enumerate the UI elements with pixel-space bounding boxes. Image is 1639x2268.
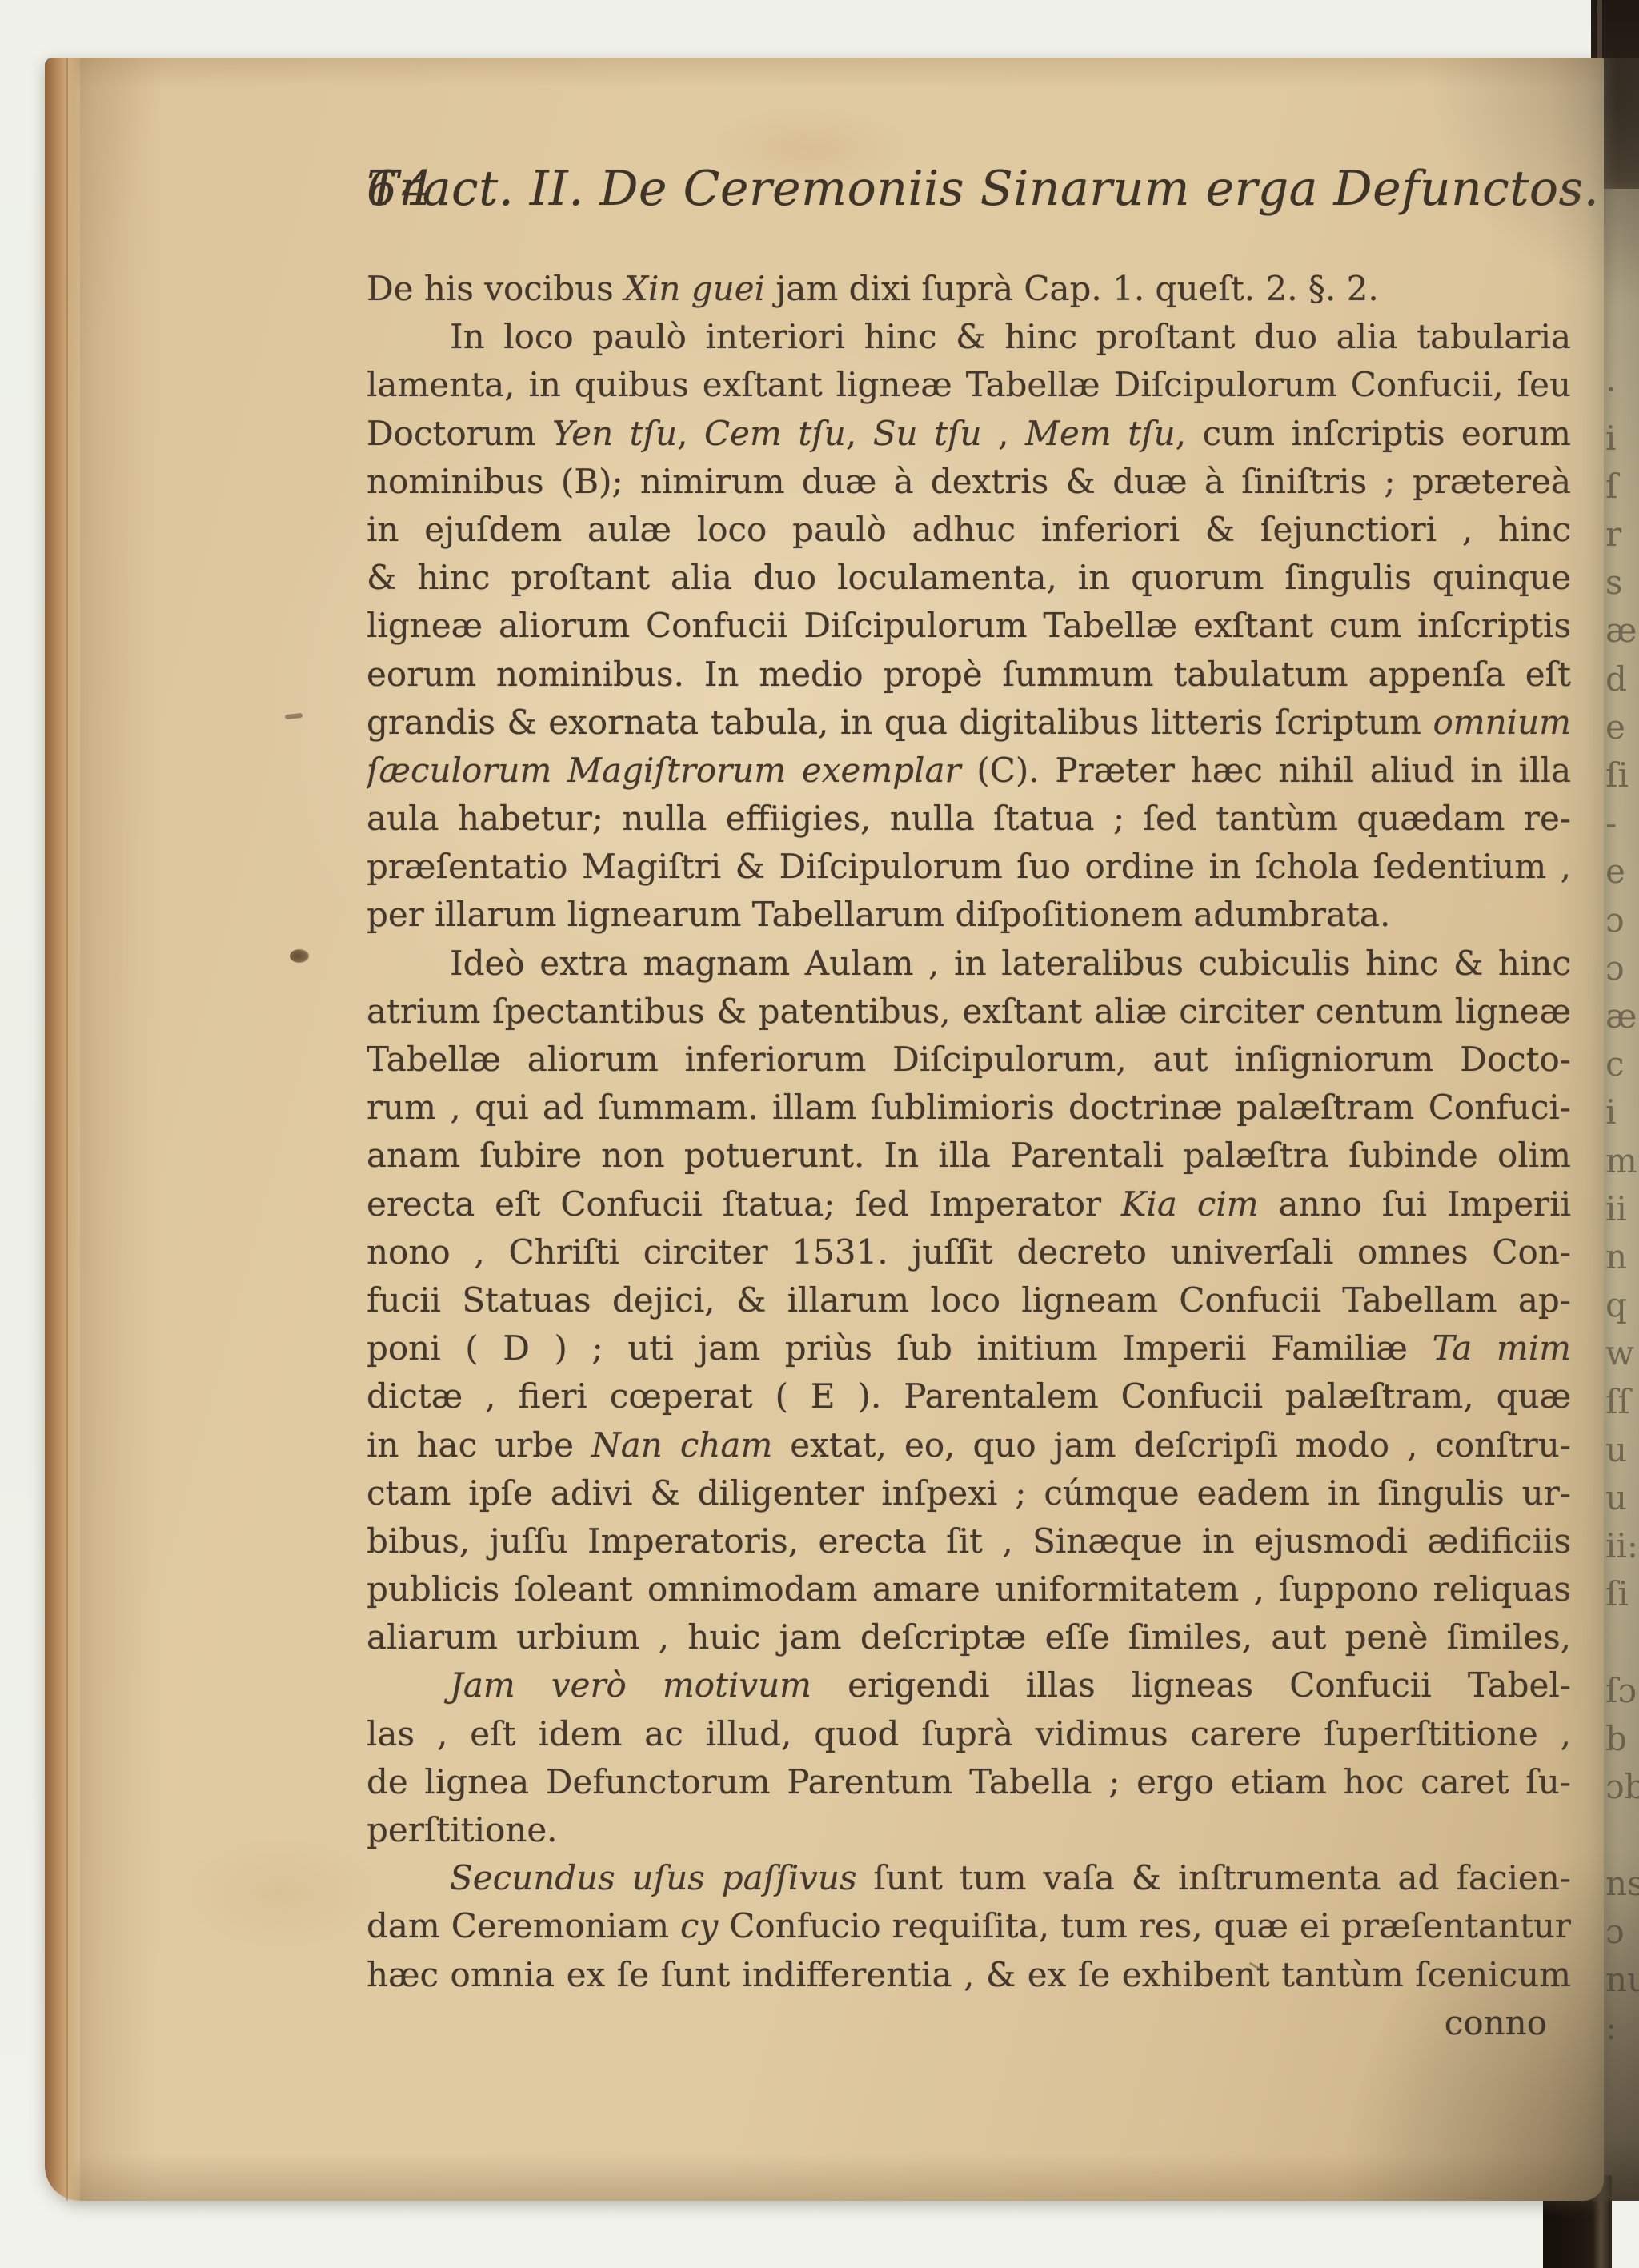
text-line: bibus, juſſu Imperatoris, erecta ſit , S… bbox=[367, 1517, 1571, 1565]
body-text: ligneæ aliorum Confucii Diſcipulorum Tab… bbox=[367, 606, 1571, 645]
body-text: ſunt tum vaſa & inſtrumenta ad facien- bbox=[857, 1858, 1572, 1897]
body-text: anno ſui Imperii bbox=[1259, 1184, 1571, 1224]
text-line: Jam verò motivum erigendi illas ligneas … bbox=[367, 1661, 1571, 1709]
text-line: poni ( D ) ; uti jam priùs ſub initium I… bbox=[367, 1324, 1571, 1372]
text-line: Tabellæ aliorum inferiorum Diſcipulorum,… bbox=[367, 1036, 1571, 1084]
text-line: aliarum urbium , huic jam deſcriptæ eſſe… bbox=[367, 1613, 1571, 1661]
text-line: ligneæ aliorum Confucii Diſcipulorum Tab… bbox=[367, 602, 1571, 650]
body-text: extat, eo, quo jam deſcripſi modo , conſ… bbox=[772, 1425, 1571, 1465]
text-line: lamenta, in quibus exſtant ligneæ Tabell… bbox=[367, 361, 1571, 409]
italic-text: Mem tſu bbox=[1025, 414, 1176, 453]
body-text: aliarum urbium , huic jam deſcriptæ eſſe… bbox=[367, 1617, 1571, 1657]
text-line: anam ſubire non potuerunt. In illa Paren… bbox=[367, 1132, 1571, 1180]
running-header: 64Tract. II. De Ceremoniis Sinarum erga … bbox=[367, 157, 1567, 226]
body-text: poni ( D ) ; uti jam priùs ſub initium I… bbox=[367, 1328, 1433, 1368]
text-line: fucii Statuas dejici, & illarum loco lig… bbox=[367, 1276, 1571, 1324]
body-text: De his vocibus bbox=[367, 269, 624, 308]
italic-text: Su tſu bbox=[873, 414, 982, 453]
text-line: De his vocibus Xin guei jam dixi ſuprà C… bbox=[367, 265, 1571, 313]
body-text: dam Ceremoniam bbox=[367, 1906, 680, 1945]
body-text: nominibus (B); nimirum duæ à dextris & d… bbox=[367, 462, 1571, 501]
body-text: publicis ſoleant omnimodam amare uniform… bbox=[367, 1569, 1571, 1609]
body-text: jam dixi ſuprà Cap. 1. queſt. 2. §. 2. bbox=[765, 269, 1379, 308]
text-line: Doctorum Yen tſu, Cem tſu, Su tſu , Mem … bbox=[367, 410, 1571, 458]
body-lines: De his vocibus Xin guei jam dixi ſuprà C… bbox=[367, 265, 1571, 1999]
text-line: dam Ceremoniam cy Confucio requiſita, tu… bbox=[367, 1902, 1571, 1950]
text-line: eorum nominibus. In medio propè ſummum t… bbox=[367, 651, 1571, 699]
page-content: 64Tract. II. De Ceremoniis Sinarum erga … bbox=[0, 0, 1639, 2268]
text-line: & hinc proſtant alia duo loculamenta, in… bbox=[367, 554, 1571, 602]
text-line: in hac urbe Nan cham extat, eo, quo jam … bbox=[367, 1421, 1571, 1469]
italic-text: Yen tſu bbox=[552, 414, 677, 453]
body-text: bibus, juſſu Imperatoris, erecta ſit , S… bbox=[367, 1521, 1571, 1561]
body-text: in ejuſdem aulæ loco paulò adhuc inferio… bbox=[367, 510, 1571, 549]
text-line: præſentatio Magiſtri & Diſcipulorum ſuo … bbox=[367, 843, 1571, 891]
body-text: præſentatio Magiſtri & Diſcipulorum ſuo … bbox=[367, 847, 1571, 886]
catchword: conno bbox=[367, 1999, 1571, 2047]
text-line: Ideò extra magnam Aulam , in lateralibus… bbox=[367, 940, 1571, 988]
text-block: De his vocibus Xin guei jam dixi ſuprà C… bbox=[367, 265, 1571, 2047]
body-text: in hac urbe bbox=[367, 1425, 591, 1465]
italic-text: cy bbox=[680, 1906, 718, 1945]
text-line: In loco paulò interiori hinc & hinc proſ… bbox=[367, 313, 1571, 361]
body-text: , bbox=[982, 414, 1025, 453]
body-text: , bbox=[846, 414, 873, 453]
italic-text: Nan cham bbox=[591, 1425, 772, 1465]
text-line: publicis ſoleant omnimodam amare uniform… bbox=[367, 1565, 1571, 1613]
body-text: hæc omnia ex ſe ſunt indifferentia , & e… bbox=[367, 1955, 1571, 1994]
text-line: ctam ipſe adivi & diligenter inſpexi ; c… bbox=[367, 1469, 1571, 1517]
body-text: dictæ , fieri cœperat ( E ). Parentalem … bbox=[367, 1376, 1571, 1416]
text-line: in ejuſdem aulæ loco paulò adhuc inferio… bbox=[367, 506, 1571, 554]
text-line: nominibus (B); nimirum duæ à dextris & d… bbox=[367, 458, 1571, 506]
body-text: fucii Statuas dejici, & illarum loco lig… bbox=[367, 1280, 1571, 1320]
italic-text: Jam verò motivum bbox=[450, 1665, 811, 1705]
body-text: nono , Chriſti circiter 1531. juſſit dec… bbox=[367, 1232, 1571, 1272]
body-text: erigendi illas ligneas Confucii Tabel- bbox=[811, 1665, 1571, 1705]
body-text: In loco paulò interiori hinc & hinc proſ… bbox=[450, 317, 1571, 361]
body-text: , cum inſcriptis eorum bbox=[1176, 414, 1571, 453]
text-line: per illarum lignearum Tabellarum diſpoſi… bbox=[367, 891, 1571, 939]
text-line: aula habetur; nulla effiigies, nulla ſta… bbox=[367, 795, 1571, 843]
body-text: perſtitione. bbox=[367, 1810, 558, 1849]
body-text: atrium ſpectantibus & patentibus, exſtan… bbox=[367, 992, 1571, 1031]
text-line: erecta eſt Confucii ſtatua; ſed Imperato… bbox=[367, 1180, 1571, 1228]
body-text: ctam ipſe adivi & diligenter inſpexi ; c… bbox=[367, 1473, 1571, 1513]
text-line: nono , Chriſti circiter 1531. juſſit dec… bbox=[367, 1228, 1571, 1276]
italic-text: Cem tſu bbox=[704, 414, 846, 453]
body-text: erecta eſt Confucii ſtatua; ſed Imperato… bbox=[367, 1184, 1121, 1224]
body-text: anam ſubire non potuerunt. In illa Paren… bbox=[367, 1136, 1571, 1175]
text-line: ſæculorum Magiſtrorum exemplar (C). Præt… bbox=[367, 747, 1571, 795]
italic-text: Kia cim bbox=[1121, 1184, 1259, 1224]
text-line: Secundus uſus paſſivus ſunt tum vaſa & i… bbox=[367, 1854, 1571, 1902]
running-title: Tract. II. De Ceremoniis Sinarum erga De… bbox=[367, 157, 1599, 221]
body-text: rum , qui ad ſummam. illam ſublimioris d… bbox=[367, 1088, 1571, 1127]
body-text: (C). Præter hæc nihil aliud in illa bbox=[961, 751, 1571, 790]
italic-text: Ta mim bbox=[1433, 1328, 1572, 1368]
italic-text: omnium bbox=[1433, 703, 1571, 742]
text-line: atrium ſpectantibus & patentibus, exſtan… bbox=[367, 988, 1571, 1036]
body-text: de lignea Defunctorum Parentum Tabella ;… bbox=[367, 1762, 1571, 1801]
scanned-book-photo: ·iſrsædeſi-eɔɔæcimiinqwſſuuii:ſiſɔbɔbnsɔ… bbox=[0, 0, 1639, 2268]
body-text: per illarum lignearum Tabellarum diſpoſi… bbox=[367, 895, 1390, 934]
text-line: dictæ , fieri cœperat ( E ). Parentalem … bbox=[367, 1372, 1571, 1421]
text-line: hæc omnia ex ſe ſunt indifferentia , & e… bbox=[367, 1951, 1571, 1999]
body-text: & hinc proſtant alia duo loculamenta, in… bbox=[367, 558, 1571, 597]
body-text: lamenta, in quibus exſtant ligneæ Tabell… bbox=[367, 365, 1571, 404]
body-text: aula habetur; nulla effiigies, nulla ſta… bbox=[367, 799, 1571, 838]
text-line: rum , qui ad ſummam. illam ſublimioris d… bbox=[367, 1084, 1571, 1132]
body-text: Doctorum bbox=[367, 414, 552, 453]
text-line: perſtitione. bbox=[367, 1806, 1571, 1854]
body-text: eorum nominibus. In medio propè ſummum t… bbox=[367, 655, 1571, 694]
italic-text: Secundus uſus paſſivus bbox=[450, 1858, 857, 1897]
italic-text: ſæculorum Magiſtrorum exemplar bbox=[367, 751, 961, 790]
text-line: grandis & exornata tabula, in qua digita… bbox=[367, 699, 1571, 747]
body-text: Ideò extra magnam Aulam , in lateralibus… bbox=[450, 944, 1571, 983]
text-line: de lignea Defunctorum Parentum Tabella ;… bbox=[367, 1758, 1571, 1806]
body-text: Tabellæ aliorum inferiorum Diſcipulorum,… bbox=[367, 1040, 1571, 1079]
body-text: grandis & exornata tabula, in qua digita… bbox=[367, 703, 1433, 742]
body-text: , bbox=[677, 414, 704, 453]
italic-text: Xin guei bbox=[624, 269, 765, 308]
body-text: las , eſt idem ac illud, quod ſuprà vidi… bbox=[367, 1714, 1571, 1758]
text-line: las , eſt idem ac illud, quod ſuprà vidi… bbox=[367, 1710, 1571, 1758]
